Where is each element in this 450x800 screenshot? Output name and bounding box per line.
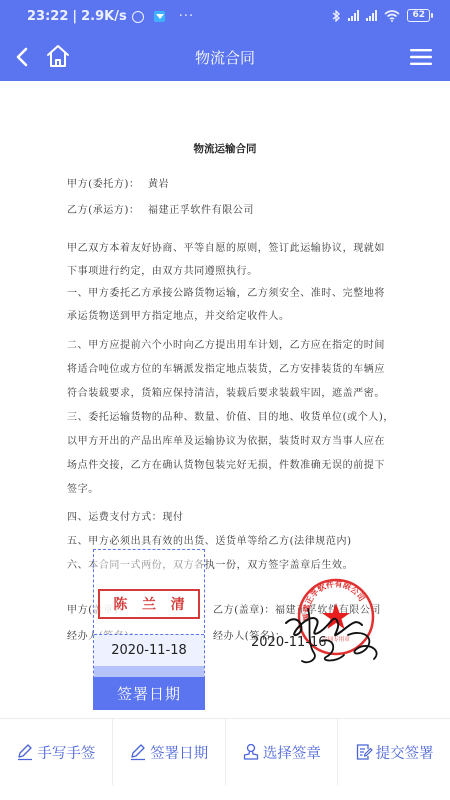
- select-seal-label: 选择签章: [263, 742, 321, 763]
- contract-document[interactable]: 物流运输合同 甲方(委托方)： 黄岩 乙方(承运方)： 福建正孚软件有限公司 甲…: [0, 81, 450, 718]
- home-button[interactable]: [44, 42, 72, 70]
- name-char: 兰: [142, 594, 156, 614]
- status-time: 23:22: [27, 9, 68, 24]
- party-b-label: 乙方(承运方)：: [67, 205, 140, 216]
- app-header: 23:22 | 2.9K/s ··· 62 物流合同: [0, 0, 450, 81]
- back-button[interactable]: [12, 44, 34, 70]
- sign-date-confirm-button[interactable]: 签署日期: [93, 677, 205, 710]
- hd-signal-icon: [366, 10, 377, 21]
- clause-line: 将适合吨位或方位的车辆派发指定地点装货，乙方安排装货的车辆应: [67, 360, 385, 375]
- stamp-icon: [242, 743, 260, 761]
- clause-line: 一、甲方委托乙方承接公路货物运输，乙方须安全、准时、完整地将: [67, 284, 385, 299]
- handwritten-signature: [278, 601, 388, 671]
- sign-date-value[interactable]: 2020-11-18: [94, 634, 204, 666]
- wifi-icon: [384, 10, 400, 22]
- submit-sign-button[interactable]: 提交签署: [338, 719, 450, 785]
- bottom-toolbar: 手写手签 签署日期 选择签章 提交签署: [0, 718, 450, 800]
- pen-icon: [16, 743, 34, 761]
- handwrite-sign-label: 手写手签: [37, 742, 95, 763]
- network-speed: 2.9K/s: [81, 9, 127, 24]
- clause-line: 三、委托运输货物的品种、数量、价值、目的地、收货单位(或个人)，: [67, 408, 394, 423]
- clause-line: 符合装载要求，货箱应保持清洁，装载后要求装载牢固，遮盖严密。: [67, 384, 385, 399]
- signal-icon: [348, 10, 359, 21]
- party-b-row: 乙方(承运方)： 福建正孚软件有限公司: [67, 201, 140, 216]
- app-notification-icon: [154, 11, 165, 22]
- clause-line: 下事项进行约定，由双方共同遵照执行。: [67, 262, 258, 277]
- sign-date-button[interactable]: 签署日期: [113, 719, 226, 785]
- party-b-value: 福建正孚软件有限公司: [148, 201, 254, 216]
- status-separator: |: [72, 9, 77, 24]
- status-right: 62: [332, 9, 430, 22]
- clause-line: 承运货物送到甲方指定地点，并交给定收件人。: [67, 307, 290, 322]
- menu-button[interactable]: [410, 48, 432, 66]
- status-bar: 23:22 | 2.9K/s ··· 62: [0, 0, 450, 36]
- nav-bar: 物流合同: [0, 36, 450, 80]
- clause-line: 签字。: [67, 480, 99, 495]
- party-a-row: 甲方(委托方)： 黄岩: [67, 175, 140, 190]
- submit-sign-label: 提交签署: [376, 742, 434, 763]
- select-seal-button[interactable]: 选择签章: [226, 719, 339, 785]
- party-b-seal-label: 乙方(盖章)：: [213, 605, 275, 616]
- clause-line: 五、甲方必须出具有效的出货、送货单等给乙方(法律规范内): [67, 532, 352, 547]
- party-a-value: 黄岩: [148, 175, 169, 190]
- sign-date-label: 签署日期: [150, 742, 208, 763]
- document-edit-icon: [355, 743, 373, 761]
- clause-line: 场点件交接，乙方在确认货物包装完好无损，件数准确无误的前提下: [67, 456, 385, 471]
- clause-line: 二、甲方应提前六个小时向乙方提出用车计划，乙方应在指定的时间: [67, 336, 385, 351]
- clause-line: 以甲方开出的产品出库单及运输协议为依据，装货时双方当事人应在: [67, 432, 385, 447]
- date-divider: [94, 666, 204, 677]
- name-char: 清: [171, 594, 185, 614]
- name-char: 陈: [113, 594, 127, 614]
- more-notifications-icon: ···: [179, 9, 194, 24]
- bluetooth-icon: [332, 10, 341, 22]
- handwrite-sign-button[interactable]: 手写手签: [0, 719, 113, 785]
- contract-title: 物流运输合同: [0, 141, 450, 156]
- clause-line: 甲乙双方本着友好协商、平等自愿的原则，签订此运输协议，现就如: [67, 239, 385, 254]
- battery-icon: 62: [407, 9, 430, 22]
- clause-line: 四、运费支付方式：现付: [67, 508, 184, 523]
- alarm-icon: [132, 11, 144, 23]
- status-left: 23:22 | 2.9K/s ···: [27, 9, 194, 24]
- personal-name-stamp[interactable]: 陈 兰 清: [98, 589, 200, 619]
- party-a-label: 甲方(委托方)：: [67, 179, 140, 190]
- pen-icon: [129, 743, 147, 761]
